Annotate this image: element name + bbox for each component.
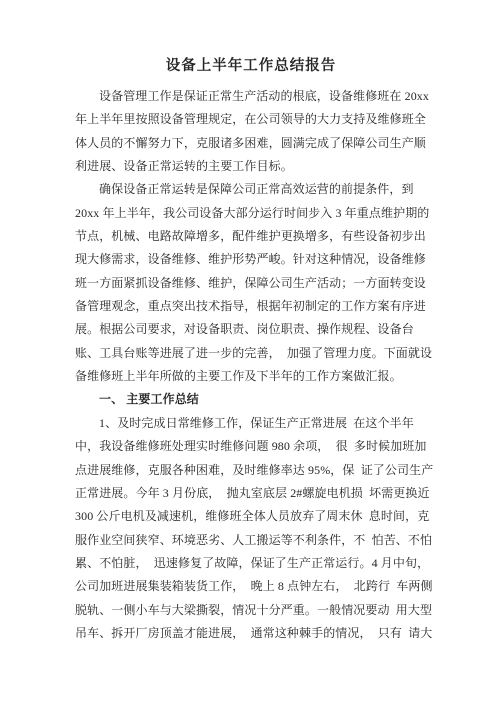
text-line: 服作业空间狭窄、环境恶劣、人工搬运等不利条件，不 怕苦、不怕 <box>75 529 427 552</box>
text-line: 节点，机械、电路故障增多，配件维护更换增多，有些设备初步出 <box>75 225 427 248</box>
text-line: 体人员的不懈努力下，克服诸多困难，圆满完成了保障公司生产顺 <box>75 132 427 155</box>
document-title: 设备上半年工作总结报告 <box>75 54 427 78</box>
text-line: 班一方面紧抓设备维修、维护，保障公司生产活动；一方面转变设 <box>75 272 427 295</box>
text-line: 利进展、设备正常运转的主要工作目标。 <box>75 155 427 178</box>
text-line: 正常进展。今年 3 月份底， 抛丸室底层 2#螺旋电机损 坏需更换近 <box>75 482 427 505</box>
text-line: 吊车、拆开厂房顶盖才能进展， 通常这种棘手的情况， 只有 请大 <box>75 622 427 645</box>
text-line: 现大修需求，设备维修、维护形势严峻。针对这种情况，设备维修 <box>75 248 427 271</box>
text-line: 1、及时完成日常维修工作，保证生产正常进展 在这个半年 <box>75 412 427 435</box>
text-line: 设备管理工作是保证正常生产活动的根底，设备维修班在 20xx <box>75 85 427 108</box>
text-line: 公司加班进展集装箱装货工作， 晚上 8 点钟左右， 北跨行 车两侧 <box>75 575 427 598</box>
text-line: 20xx 年上半年，我公司设备大部分运行时间步入 3 年重点维护期的 <box>75 202 427 225</box>
text-line: 点进展维修，克服各种困难，及时维修率达 95%，保 证了公司生产 <box>75 459 427 482</box>
text-line: 备管理观念，重点突出技术指导，根据年初制定的工作方案有序进 <box>75 295 427 318</box>
section-heading: 一、 主要工作总结 <box>75 388 427 411</box>
text-line: 300 公斤电机及减速机，维修班全体人员放弃了周末休 息时间，克 <box>75 505 427 528</box>
text-line: 脱轨、一侧小车与大梁撕裂，情况十分严重。一般情况要动 用大型 <box>75 599 427 622</box>
document-page: 设备上半年工作总结报告 设备管理工作是保证正常生产活动的根底，设备维修班在 20… <box>0 0 500 707</box>
document-body: 设备管理工作是保证正常生产活动的根底，设备维修班在 20xx年上半年里按照设备管… <box>75 85 427 645</box>
text-line: 账、工具台账等进展了进一步的完善， 加强了管理力度。下面就设 <box>75 342 427 365</box>
text-line: 展。根据公司要求，对设备职责、岗位职责、操作规程、设备台 <box>75 318 427 341</box>
text-line: 确保设备正常运转是保障公司正常高效运营的前提条件，到 <box>75 178 427 201</box>
text-line: 中，我设备维修班处理实时维修问题 980 余项， 很 多时候加班加 <box>75 435 427 458</box>
document-content: 设备上半年工作总结报告 设备管理工作是保证正常生产活动的根底，设备维修班在 20… <box>75 54 427 645</box>
text-line: 年上半年里按照设备管理规定，在公司领导的大力支持及维修班全 <box>75 108 427 131</box>
text-line: 备维修班上半年所做的主要工作及下半年的工作方案做汇报。 <box>75 365 427 388</box>
text-line: 累、不怕脏， 迅速修复了故障，保证了生产正常运行。4 月中旬， <box>75 552 427 575</box>
